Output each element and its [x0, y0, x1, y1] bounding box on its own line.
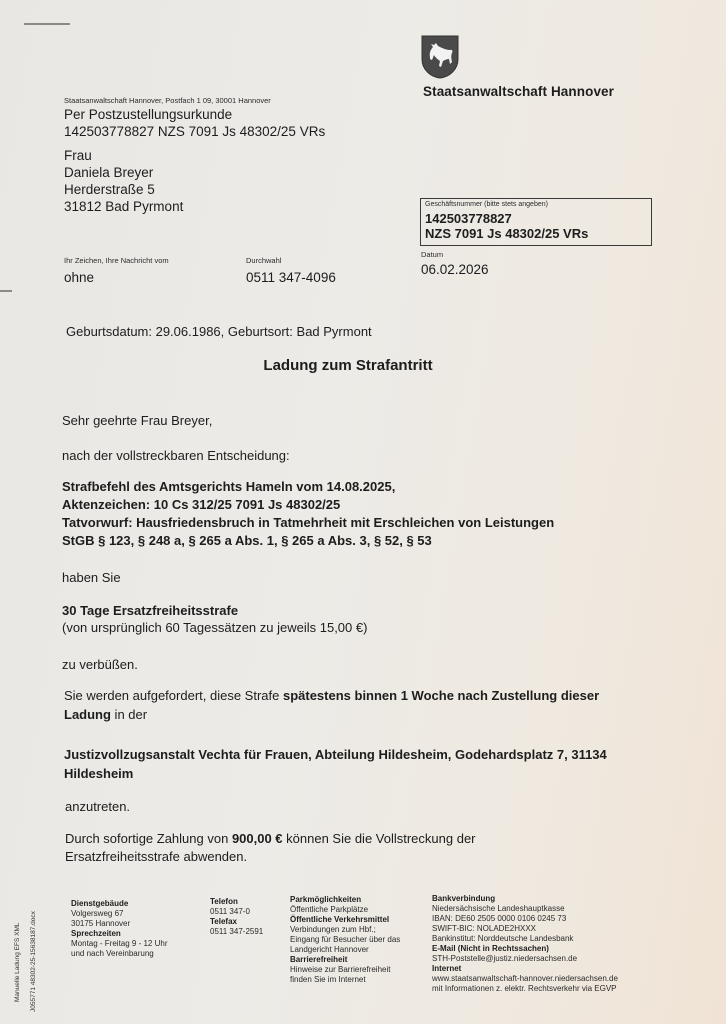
intro: nach der vollstreckbaren Entscheidung:	[62, 447, 290, 464]
recipient-name: Daniela Breyer	[64, 164, 183, 181]
return-address: Staatsanwaltschaft Hannover, Postfach 1 …	[64, 96, 271, 105]
access-2: finden Sie im Internet	[290, 975, 400, 985]
birth-info: Geburtsdatum: 29.06.1986, Geburtsort: Ba…	[66, 323, 372, 340]
facility-address: Justizvollzugsanstalt Vechta für Frauen,…	[64, 745, 607, 783]
zu-verbuessen: zu verbüßen.	[62, 656, 138, 673]
extension: Durchwahl 0511 347-4096	[246, 256, 336, 285]
delivery-info: Per Postzustellungsurkunde 142503778827 …	[64, 106, 325, 140]
web-link[interactable]: www.staatsanwaltschaft-hannover.niedersa…	[432, 974, 618, 984]
summons-post: in der	[111, 707, 147, 722]
date-label: Datum	[421, 250, 489, 259]
greeting: Sehr geehrte Frau Breyer,	[62, 412, 212, 429]
sentence-detail: (von ursprünglich 60 Tagessätzen zu jewe…	[62, 619, 367, 636]
sentence: 30 Tage Ersatzfreiheitsstrafe	[62, 602, 367, 619]
side-note-file: J055771 48302-25-15638187.docx	[30, 911, 37, 1012]
footer-bank: Bankverbindung Niedersächsische Landesha…	[432, 894, 618, 994]
payment-line2: Ersatzfreiheitsstrafe abwenden.	[65, 848, 476, 866]
footer-parking: Parkmöglichkeiten Öffentliche Parkplätze…	[290, 895, 400, 985]
extension-value: 0511 347-4096	[246, 270, 336, 285]
delivery-reference: 142503778827 NZS 7091 Js 48302/25 VRs	[64, 123, 325, 140]
office-hours-extra: und nach Vereinbarung	[71, 949, 167, 959]
payment-notice: Durch sofortige Zahlung von 900,00 € kön…	[65, 830, 476, 866]
side-note-template: Manuelle Ladung EFS XML	[14, 923, 21, 1003]
letter-date: Datum 06.02.2026	[421, 250, 489, 277]
summons-pre: Sie werden aufgefordert, diese Strafe	[64, 688, 283, 703]
anzutreten: anzutreten.	[65, 798, 130, 815]
bank-name: Niedersächsische Landeshauptkasse	[432, 904, 618, 914]
payment-amount: 900,00 €	[232, 831, 283, 846]
fold-mark-middle	[0, 290, 12, 292]
bank-iban: IBAN: DE60 2505 0000 0106 0245 73	[432, 914, 618, 924]
letter-title-text: Ladung zum Strafantritt	[263, 357, 432, 374]
haben-sie: haben Sie	[62, 569, 121, 586]
phone-value: 0511 347-0	[210, 907, 263, 917]
office-heading: Dienstgebäude	[71, 899, 128, 908]
transit-heading: Öffentliche Verkehrsmittel	[290, 915, 389, 924]
access-1: Hinweise zur Barrierefreiheit	[290, 965, 400, 975]
your-reference-value: ohne	[64, 270, 169, 285]
transit-2: Eingang für Besucher über das	[290, 935, 400, 945]
office-city: 30175 Hannover	[71, 919, 167, 929]
payment-pre: Durch sofortige Zahlung von	[65, 831, 232, 846]
fold-mark-top	[24, 23, 70, 25]
payment-post: können Sie die Vollstreckung der	[283, 831, 476, 846]
bank-institute: Bankinstitut: Norddeutsche Landesbank	[432, 934, 618, 944]
summons: Sie werden aufgefordert, diese Strafe sp…	[64, 686, 599, 724]
recipient-city: 31812 Bad Pyrmont	[64, 198, 183, 215]
decision-file-number: Aktenzeichen: 10 Cs 312/25 7091 Js 48302…	[62, 496, 554, 514]
case-number-label: Geschäftsnummer (bitte stets angeben)	[425, 201, 651, 208]
case-number-line2: NZS 7091 Js 48302/25 VRs	[425, 226, 651, 241]
footer-phone: Telefon 0511 347-0 Telefax 0511 347-2591	[210, 897, 263, 937]
your-reference: Ihr Zeichen, Ihre Nachricht vom ohne	[64, 256, 169, 285]
facility-line2: Hildesheim	[64, 764, 607, 783]
decision-statutes: StGB § 123, § 248 a, § 265 a Abs. 1, § 2…	[62, 532, 554, 550]
delivery-method: Per Postzustellungsurkunde	[64, 106, 325, 123]
organization-name: Staatsanwaltschaft Hannover	[423, 84, 614, 99]
summons-ladung: Ladung	[64, 707, 111, 722]
parking-value: Öffentliche Parkplätze	[290, 905, 400, 915]
bank-bic: SWIFT-BIC: NOLADE2HXXX	[432, 924, 618, 934]
web-note: mit Informationen z. elektr. Rechtsverke…	[432, 984, 618, 994]
office-street: Volgersweg 67	[71, 909, 167, 919]
fax-heading: Telefax	[210, 917, 237, 926]
bank-heading: Bankverbindung	[432, 894, 495, 903]
parking-heading: Parkmöglichkeiten	[290, 895, 361, 904]
lower-saxony-horse-shield-icon	[421, 35, 459, 79]
sentence-block: 30 Tage Ersatzfreiheitsstrafe (von urspr…	[62, 602, 367, 636]
facility-line1: Justizvollzugsanstalt Vechta für Frauen,…	[64, 745, 607, 764]
decision-order: Strafbefehl des Amtsgerichts Hameln vom …	[62, 478, 554, 496]
decision-block: Strafbefehl des Amtsgerichts Hameln vom …	[62, 478, 554, 550]
email-link[interactable]: STH-Poststelle@justiz.niedersachsen.de	[432, 954, 618, 964]
phone-heading: Telefon	[210, 897, 238, 906]
office-hours: Montag - Freitag 9 - 12 Uhr	[71, 939, 167, 949]
recipient-salutation: Frau	[64, 147, 183, 164]
decision-charge: Tatvorwurf: Hausfriedensbruch in Tatmehr…	[62, 514, 554, 532]
case-number-line1: 142503778827	[425, 211, 651, 226]
email-heading: E-Mail (Nicht in Rechtssachen)	[432, 944, 549, 953]
transit-3: Landgericht Hannover	[290, 945, 400, 955]
recipient-street: Herderstraße 5	[64, 181, 183, 198]
fax-value: 0511 347-2591	[210, 927, 263, 937]
extension-label: Durchwahl	[246, 256, 336, 265]
date-value: 06.02.2026	[421, 262, 489, 277]
access-heading: Barrierefreiheit	[290, 955, 347, 964]
hours-heading: Sprechzeiten	[71, 929, 121, 938]
recipient-address: Frau Daniela Breyer Herderstraße 5 31812…	[64, 147, 183, 215]
summons-deadline: spätestens binnen 1 Woche nach Zustellun…	[283, 688, 599, 703]
web-heading: Internet	[432, 964, 461, 973]
letter-title: Ladung zum Strafantritt	[0, 357, 726, 374]
footer-office: Dienstgebäude Volgersweg 67 30175 Hannov…	[71, 899, 167, 959]
transit-1: Verbindungen zum Hbf.;	[290, 925, 400, 935]
case-number-box: Geschäftsnummer (bitte stets angeben) 14…	[420, 198, 652, 246]
your-reference-label: Ihr Zeichen, Ihre Nachricht vom	[64, 256, 169, 265]
